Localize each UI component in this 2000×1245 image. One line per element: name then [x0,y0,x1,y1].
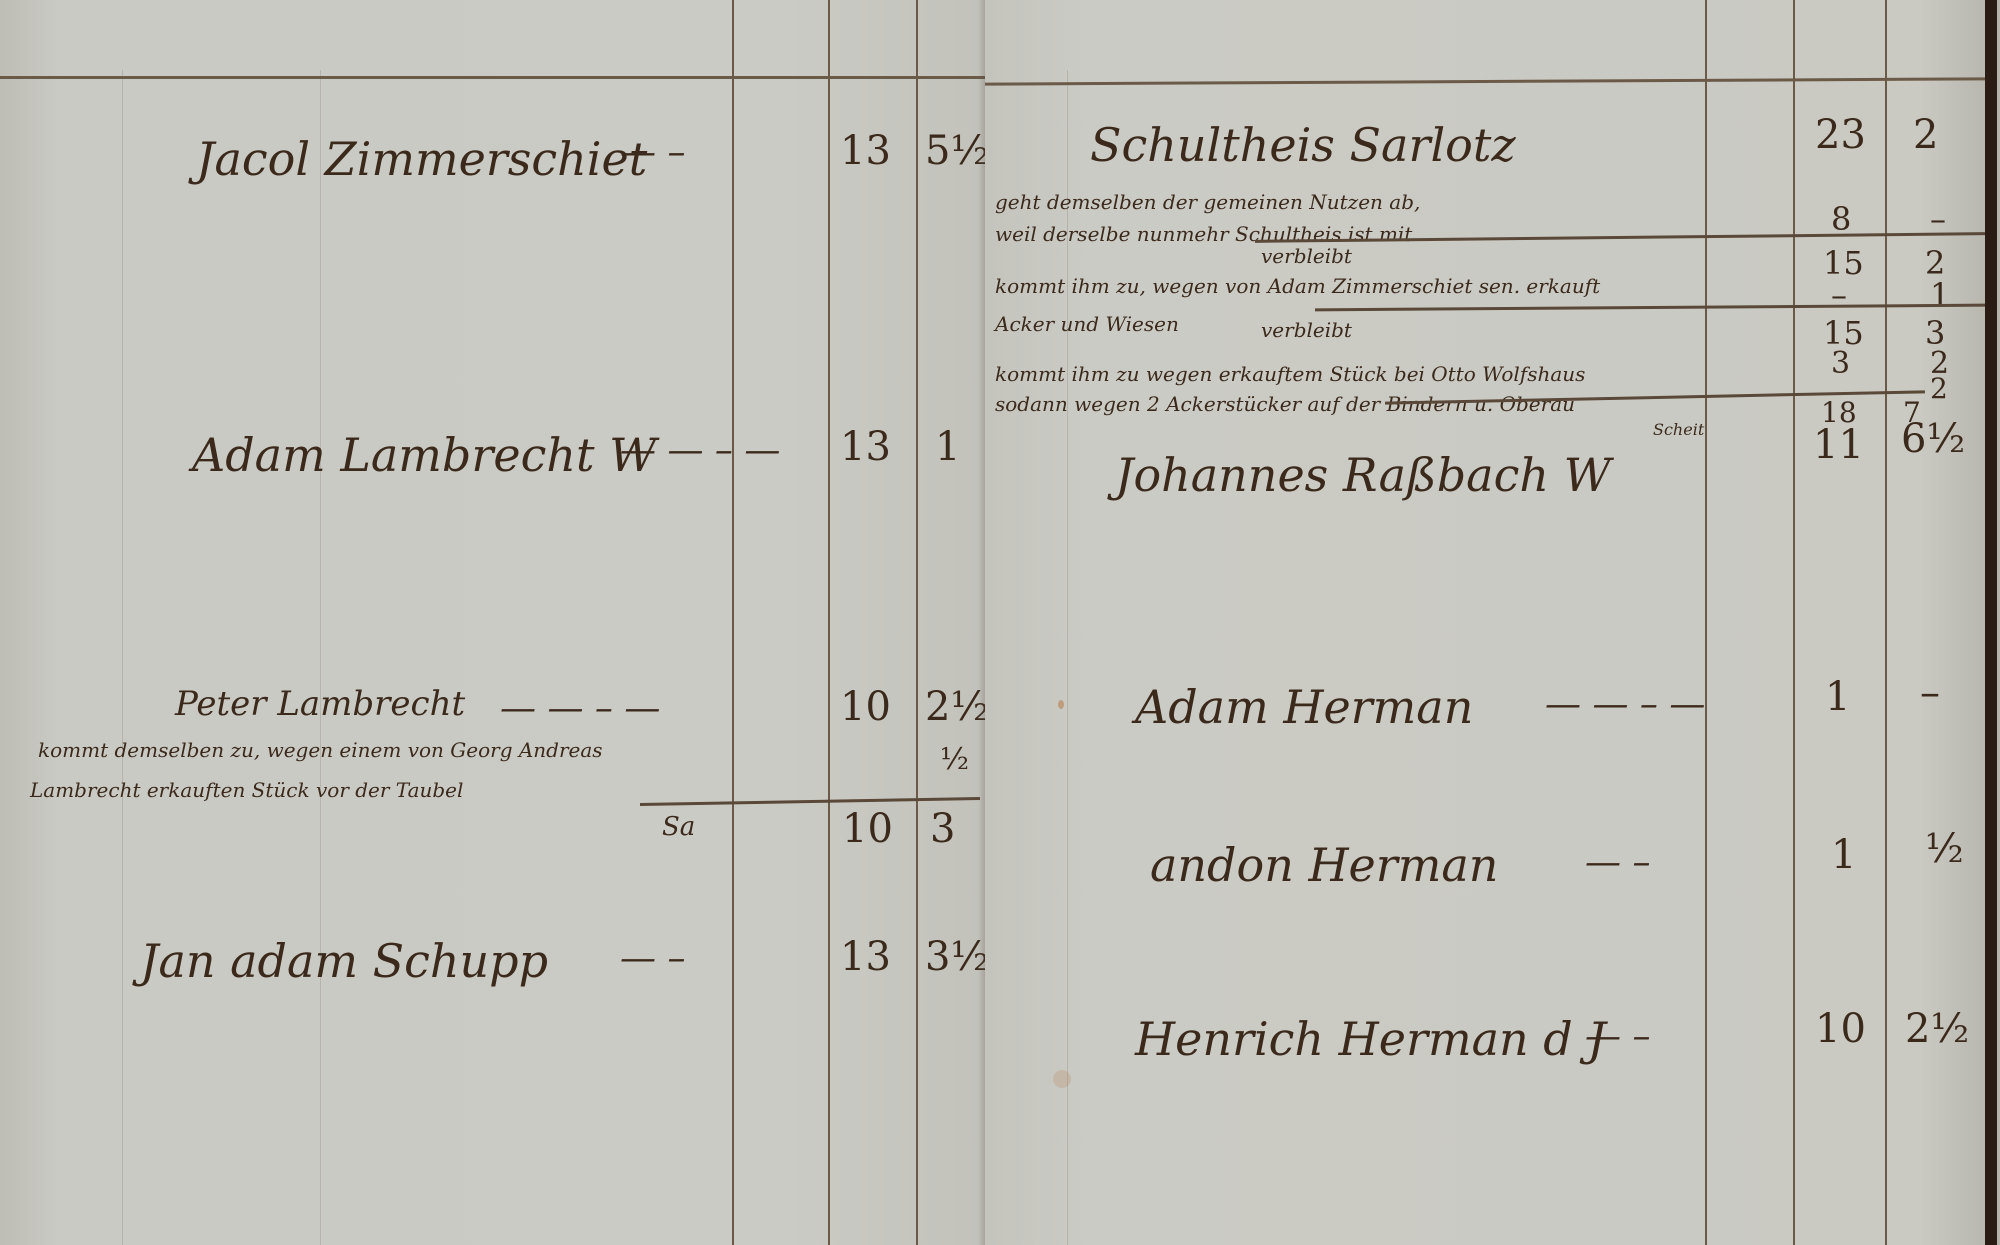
leader-dash: — — – — [500,688,660,729]
entry-note: weil derselbe nunmehr Schultheis ist mit [995,222,1412,246]
entry-name: Adam Herman [1135,680,1473,734]
entry-col2: 2 [1913,112,1938,158]
leader-dash: — — – — [620,430,780,471]
entry-note: Acker und Wiesen [995,312,1179,336]
entry-col2: 1 [935,424,960,470]
leader-dash: — — – — [1545,684,1705,725]
entry-col2: 6½ [1901,416,1965,462]
entry-col1: 11 [1813,422,1864,468]
page-edge [1985,0,1997,1245]
entry-col1: 10 [1815,1006,1866,1052]
entry-note: kommt ihm zu wegen erkauftem Stück bei O… [995,362,1585,386]
entry-annotation: Scheit [1653,420,1704,439]
column-rule [732,0,734,1245]
subtotal-rule [640,797,980,806]
subtotal-label: Sa [662,812,695,842]
left-ledger-page: Jacol Zimmerschiet — – 13 5½ Adam Lambre… [0,0,985,1245]
column-rule [1705,0,1707,1245]
leader-dash: — – [620,938,685,979]
entry-col1: 1 [1825,674,1850,720]
entry-note: verbleibt [1261,244,1352,268]
paper-stain [1058,700,1064,709]
leader-dash: — – [620,132,685,173]
note-col2: 2 [1930,372,1948,405]
entry-col1: 13 [840,934,891,980]
entry-col2: 2½ [1905,1006,1969,1052]
header-rule [985,77,1985,85]
entry-col1: 1 [1831,832,1856,878]
entry-col2: 5½ [925,128,985,174]
entry-col2: ½ [1925,826,1964,872]
note-col1: 8 [1831,200,1851,238]
entry-name: Adam Lambrecht W [192,428,656,482]
subtotal-col2: 3 [930,806,955,852]
header-rule [0,76,985,79]
paper-stain [1053,1070,1071,1088]
entry-name: Henrich Herman d J [1135,1012,1606,1066]
entry-note: Lambrecht erkauften Stück vor der Taubel [30,778,463,802]
note-col2: 1 [1930,276,1950,314]
entry-note: geht demselben der gemeinen Nutzen ab, [995,190,1420,214]
entry-name: Jacol Zimmerschiet [196,132,647,186]
entry-col1: 13 [840,128,891,174]
entry-name: Peter Lambrecht [175,684,465,724]
entry-name: Schultheis Sarlotz [1090,118,1516,172]
entry-note: kommt ihm zu, wegen von Adam Zimmerschie… [995,274,1600,298]
column-rule [828,0,830,1245]
entry-col1: 10 [840,684,891,730]
column-rule [1885,0,1887,1245]
note-col1: – [1831,276,1847,314]
entry-note: kommt demselben zu, wegen einem von Geor… [38,738,603,762]
subtotal-col1: 10 [842,806,893,852]
leader-dash: — – [1585,842,1650,883]
entry-col2: – [1920,670,1940,716]
entry-name: Johannes Raßbach W [1115,448,1611,502]
entry-note: verbleibt [1261,318,1352,342]
entry-col1: 23 [1815,112,1866,158]
column-rule [916,0,918,1245]
right-ledger-page: Schultheis Sarlotz 23 2 geht demselben d… [985,0,2000,1245]
entry-col2: 3½ [925,934,985,980]
note-col1: 3 [1831,346,1850,381]
column-rule [1793,0,1795,1245]
entry-name: andon Herman [1150,838,1498,892]
faint-margin-line [320,70,321,1245]
entry-note: sodann wegen 2 Ackerstücker auf der Bind… [995,392,1575,416]
note-value: ½ [940,742,969,777]
faint-margin-line [122,70,123,1245]
entry-col1: 13 [840,424,891,470]
faint-margin-line [1067,70,1068,1245]
entry-col2: 2½ [925,684,985,730]
leader-dash: — – [1585,1016,1650,1057]
entry-name: Jan adam Schupp [140,934,548,988]
